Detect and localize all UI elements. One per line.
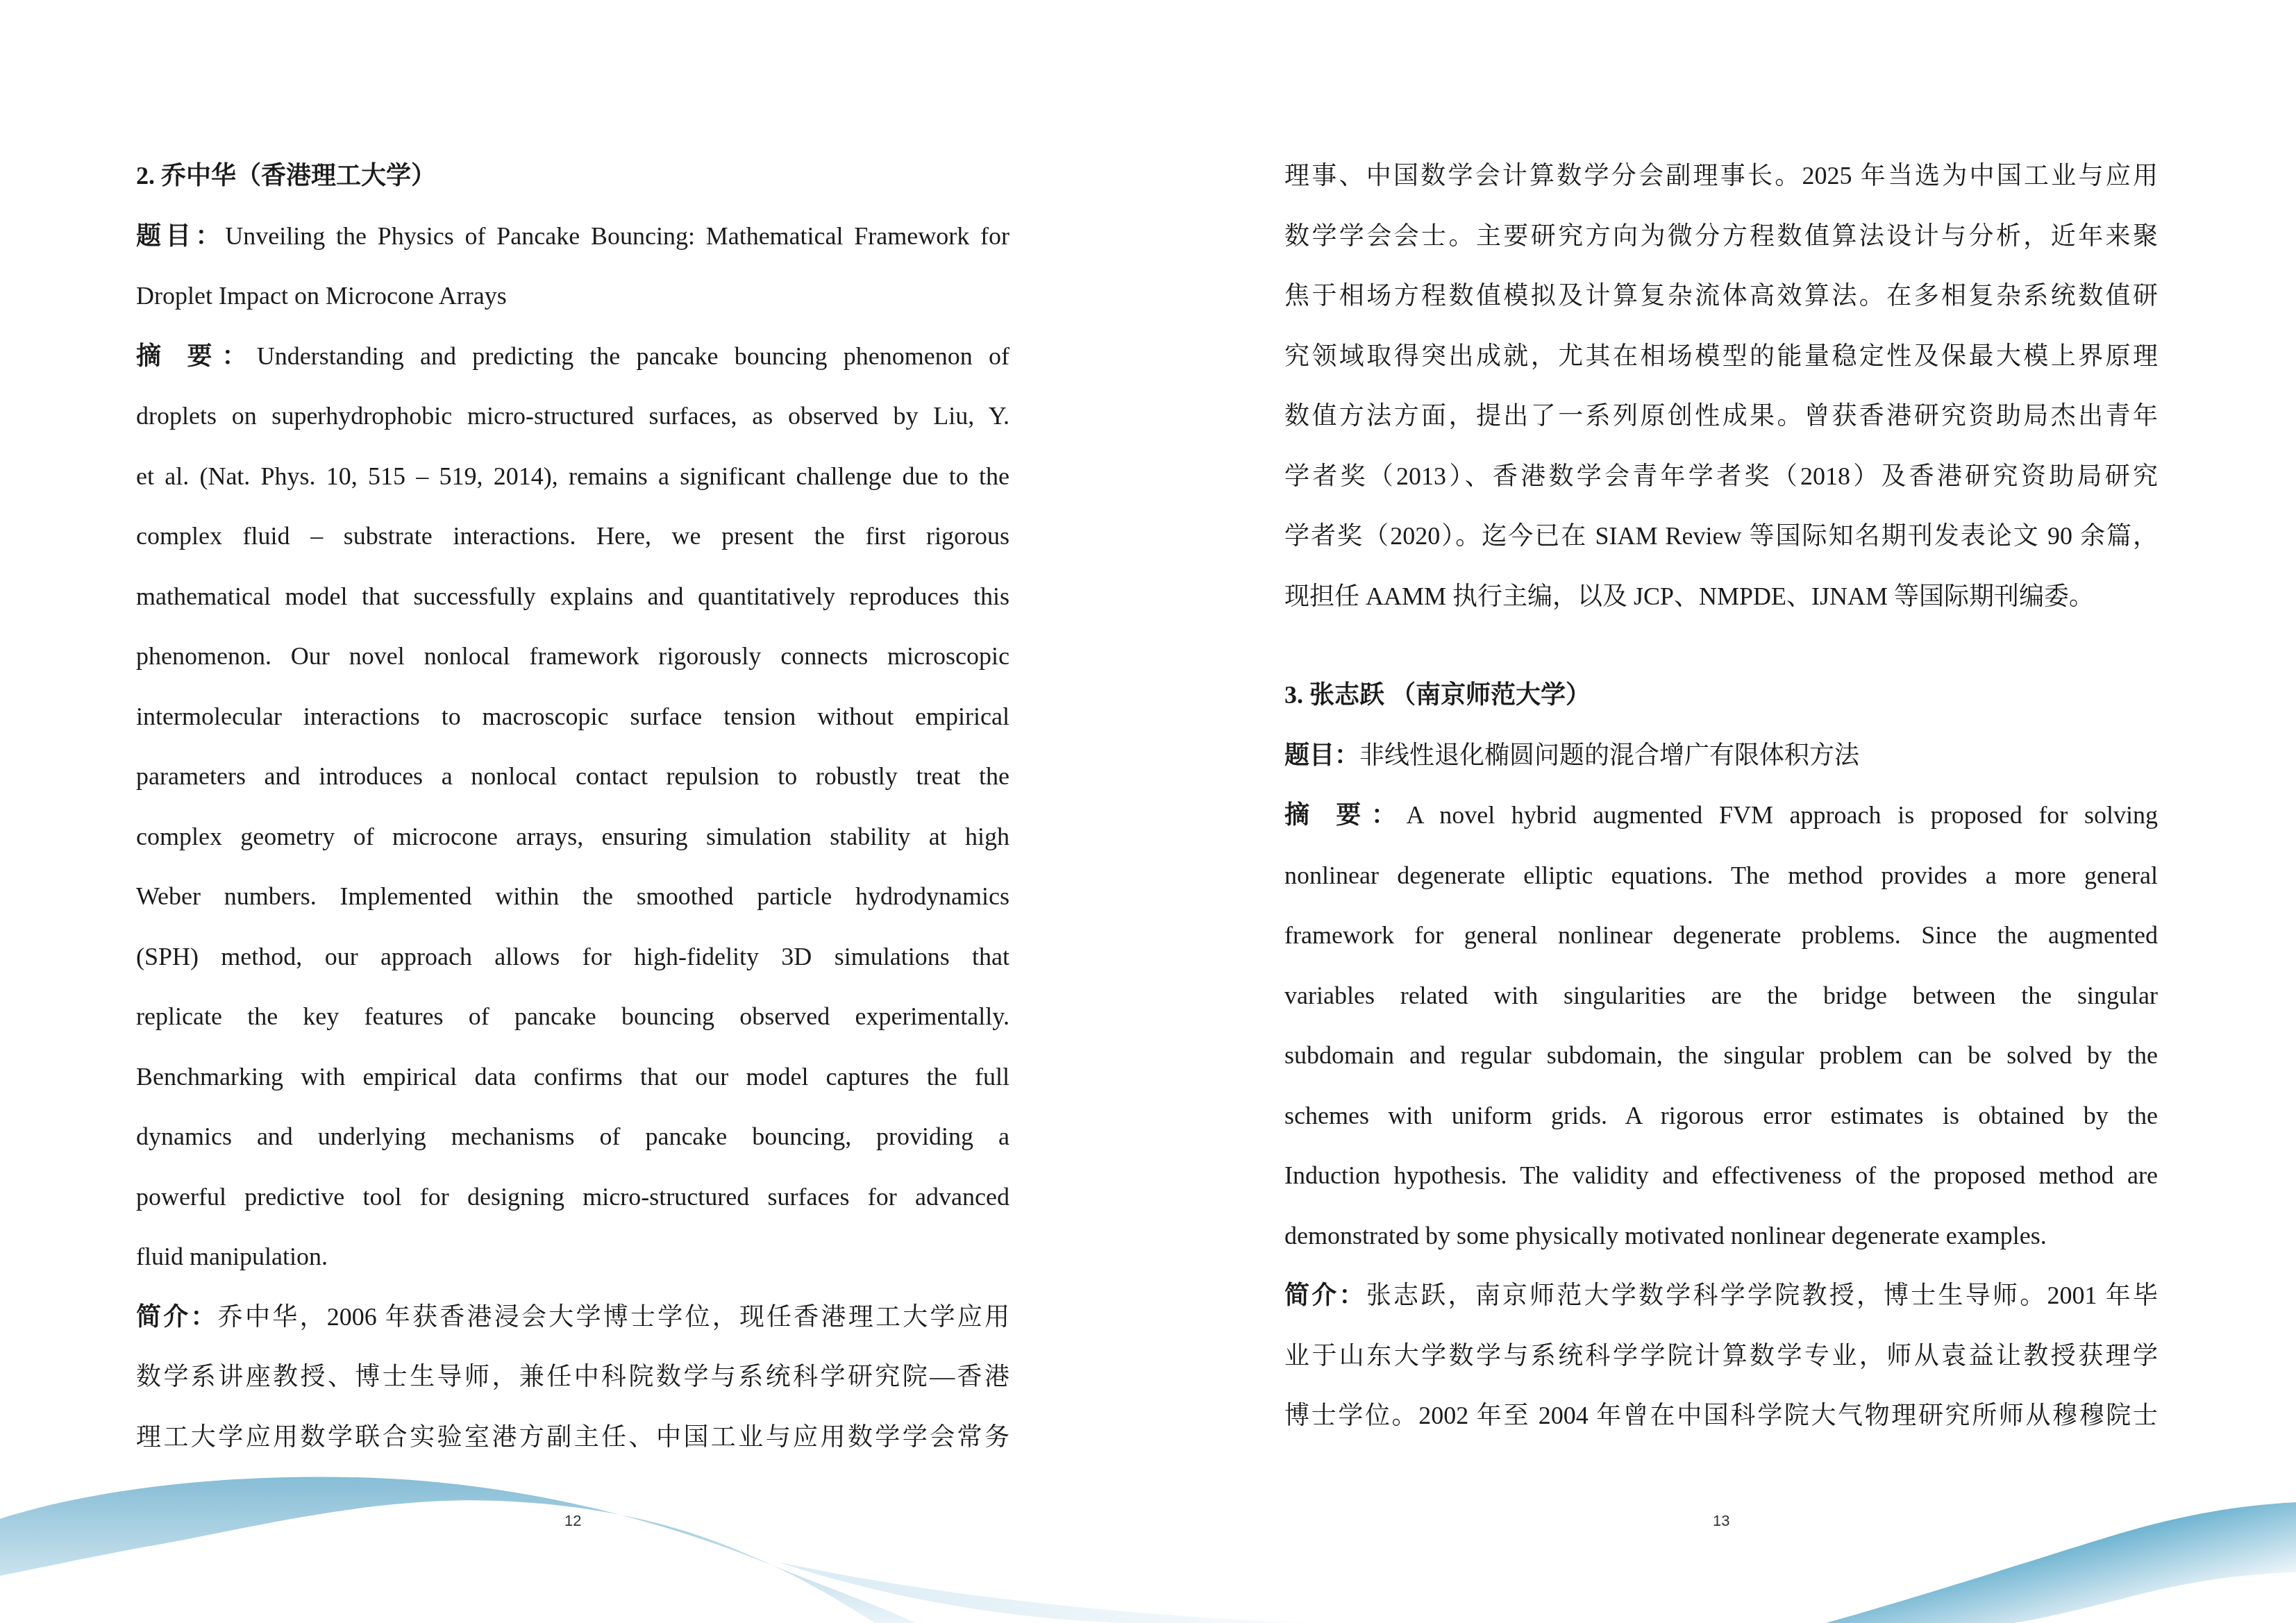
bio-line: 现担任 AAMM 执行主编，以及 JCP、NMPDE、IJNAM 等国际期刊编委… — [1284, 566, 2158, 627]
bio-line: 简介：乔中华，2006 年获香港浸会大学博士学位，现任香港理工大学应用 — [136, 1287, 1009, 1347]
speaker-heading: 3. 张志跃 （南京师范大学） — [1284, 665, 2158, 725]
bio-line: 数学系讲座教授、博士生导师，兼任中科院数学与系统科学研究院—香港 — [136, 1347, 1009, 1407]
bio-line: 学者奖（2013）、香港数学会青年学者奖（2018）及香港研究资助局研究 — [1284, 446, 2158, 507]
section-gap — [1284, 626, 2158, 665]
abstract-label: 摘 要： — [136, 342, 257, 370]
bio-line: 数值方法方面，提出了一系列原创性成果。曾获香港研究资助局杰出青年 — [1284, 386, 2158, 446]
abstract-line: complex geometry of microcone arrays, en… — [136, 807, 1009, 867]
speaker-section-qiao: 2. 乔中华（香港理工大学） 题目：Unveiling the Physics … — [136, 146, 1009, 1467]
bio-line: 究领域取得突出成就，尤其在相场模型的能量稳定性及保最大模上界原理 — [1284, 326, 2158, 387]
speaker-section-zhang: 3. 张志跃 （南京师范大学） 题目：非线性退化椭圆问题的混合增广有限体积方法 … — [1284, 665, 2158, 1446]
abstract-line: mathematical model that successfully exp… — [136, 566, 1009, 627]
title-label: 题目： — [136, 222, 225, 250]
talk-title-line: 题目：非线性退化椭圆问题的混合增广有限体积方法 — [1284, 725, 2158, 786]
abstract-line: et al. (Nat. Phys. 10, 515 – 519, 2014),… — [136, 446, 1009, 507]
abstract-line: phenomenon. Our novel nonlocal framework… — [136, 626, 1009, 687]
abstract-line: dynamics and underlying mechanisms of pa… — [136, 1107, 1009, 1167]
bio-label: 简介： — [136, 1303, 218, 1331]
title-label: 题目： — [1284, 741, 1359, 769]
abstract-line: replicate the key features of pancake bo… — [136, 986, 1009, 1047]
bio-line: 学者奖（2020）。迄今已在 SIAM Review 等国际知名期刊发表论文 9… — [1284, 506, 2158, 566]
abstract-line: fluid manipulation. — [136, 1227, 1009, 1287]
talk-title-line: 题目：Unveiling the Physics of Pancake Boun… — [136, 206, 1009, 267]
abstract-line: variables related with singularities are… — [1284, 966, 2158, 1026]
page-number: 13 — [1713, 1512, 1729, 1530]
abstract-line: intermolecular interactions to macroscop… — [136, 687, 1009, 747]
bio-line: 理事、中国数学会计算数学分会副理事长。2025 年当选为中国工业与应用 — [1284, 146, 2158, 206]
abstract-line: complex fluid – substrate interactions. … — [136, 506, 1009, 566]
abstract-line: powerful predictive tool for designing m… — [136, 1167, 1009, 1227]
bio-line: 简介：张志跃，南京师范大学数学科学学院教授，博士生导师。2001 年毕 — [1284, 1265, 2158, 1326]
bio-label: 简介： — [1284, 1281, 1366, 1309]
abstract-line: demonstrated by some physically motivate… — [1284, 1206, 2158, 1266]
abstract-label: 摘 要： — [1284, 801, 1407, 829]
bio-line: 业于山东大学数学与系统科学学院计算数学专业，师从袁益让教授获理学 — [1284, 1326, 2158, 1386]
abstract-line: parameters and introduces a nonlocal con… — [136, 746, 1009, 807]
page-right: 理事、中国数学会计算数学分会副理事长。2025 年当选为中国工业与应用 数学学会… — [1148, 0, 2296, 1623]
abstract-line: nonlinear degenerate elliptic equations.… — [1284, 846, 2158, 906]
bio-line: 数学学会会士。主要研究方向为微分方程数值算法设计与分析，近年来聚 — [1284, 206, 2158, 267]
speaker-heading: 2. 乔中华（香港理工大学） — [136, 146, 1009, 206]
page-left: 2. 乔中华（香港理工大学） 题目：Unveiling the Physics … — [0, 0, 1148, 1623]
bio-line: 博士学位。2002 年至 2004 年曾在中国科学院大气物理研究所师从穆穆院士 — [1284, 1386, 2158, 1446]
abstract-line: (SPH) method, our approach allows for hi… — [136, 927, 1009, 987]
page-number: 12 — [564, 1512, 581, 1530]
abstract-line: schemes with uniform grids. A rigorous e… — [1284, 1086, 2158, 1146]
bio-line: 焦于相场方程数值模拟及计算复杂流体高效算法。在多相复杂系统数值研 — [1284, 266, 2158, 326]
abstract-line: droplets on superhydrophobic micro-struc… — [136, 386, 1009, 446]
abstract-line: 摘 要：Understanding and predicting the pan… — [136, 326, 1009, 387]
talk-title-line: Droplet Impact on Microcone Arrays — [136, 266, 1009, 326]
abstract-line: 摘 要：A novel hybrid augmented FVM approac… — [1284, 785, 2158, 846]
footer-wave-decoration — [0, 1458, 2296, 1623]
abstract-line: Benchmarking with empirical data confirm… — [136, 1047, 1009, 1107]
abstract-line: Weber numbers. Implemented within the sm… — [136, 866, 1009, 927]
abstract-line: subdomain and regular subdomain, the sin… — [1284, 1025, 2158, 1086]
abstract-line: Induction hypothesis. The validity and e… — [1284, 1145, 2158, 1206]
right-column: 理事、中国数学会计算数学分会副理事长。2025 年当选为中国工业与应用 数学学会… — [1284, 146, 2158, 1446]
abstract-line: framework for general nonlinear degenera… — [1284, 905, 2158, 966]
continued-bio-qiao: 理事、中国数学会计算数学分会副理事长。2025 年当选为中国工业与应用 数学学会… — [1284, 146, 2158, 626]
